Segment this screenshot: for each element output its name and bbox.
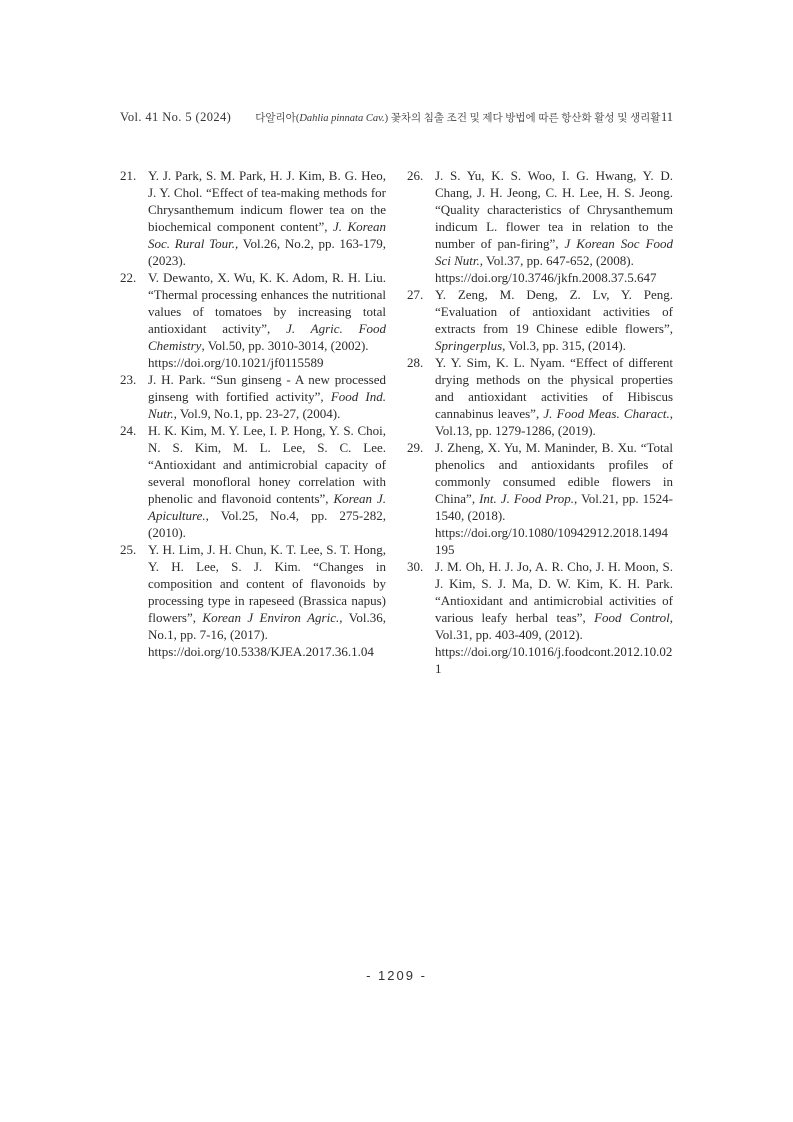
running-title-prefix: 다알리아( [255,113,299,124]
reference-item: 21.Y. J. Park, S. M. Park, H. J. Kim, B.… [120,167,386,269]
reference-item: 23.J. H. Park. “Sun ginseng - A new proc… [120,371,386,422]
references-column-right: 26.J. S. Yu, K. S. Woo, I. G. Hwang, Y. … [407,167,673,677]
reference-text-segment: , Vol.50, pp. 3010-3014, (2002). [201,338,368,353]
references-column-left: 21.Y. J. Park, S. M. Park, H. J. Kim, B.… [120,167,386,677]
reference-number: 23. [120,371,148,422]
reference-text: Y. Zeng, M. Deng, Z. Lv, Y. Peng. “Evalu… [435,286,673,354]
running-title-binomial: Dahlia pinnata Cav. [299,113,384,124]
header-page-number: 11 [661,110,673,125]
reference-number: 22. [120,269,148,371]
reference-number: 30. [407,558,435,677]
reference-text: J. H. Park. “Sun ginseng - A new process… [148,371,386,422]
reference-item: 29.J. Zheng, X. Yu, M. Maninder, B. Xu. … [407,439,673,558]
reference-number: 21. [120,167,148,269]
doi-text: https://doi.org/10.5338/KJEA.2017.36.1.0… [148,644,374,659]
journal-name: Springerplus [435,338,502,353]
reference-item: 26.J. S. Yu, K. S. Woo, I. G. Hwang, Y. … [407,167,673,286]
reference-item: 27.Y. Zeng, M. Deng, Z. Lv, Y. Peng. “Ev… [407,286,673,354]
reference-text-segment: Vol.37, pp. 647-652, (2008). [483,253,634,268]
reference-item: 25.Y. H. Lim, J. H. Chun, K. T. Lee, S. … [120,541,386,660]
page-header: Vol. 41 No. 5 (2024) 다알리아(Dahlia pinnata… [120,110,673,125]
reference-text: Y. J. Park, S. M. Park, H. J. Kim, B. G.… [148,167,386,269]
reference-text: J. S. Yu, K. S. Woo, I. G. Hwang, Y. D. … [435,167,673,286]
reference-text-segment: , Vol.3, pp. 315, (2014). [502,338,626,353]
running-title: 다알리아(Dahlia pinnata Cav.) 꽃차의 침출 조건 및 제다… [231,110,661,125]
paper-page: Vol. 41 No. 5 (2024) 다알리아(Dahlia pinnata… [0,0,793,1122]
reference-text: Y. H. Lim, J. H. Chun, K. T. Lee, S. T. … [148,541,386,660]
reference-number: 26. [407,167,435,286]
journal-name: Int. J. Food Prop., [479,491,577,506]
reference-text-segment: Y. Zeng, M. Deng, Z. Lv, Y. Peng. “Evalu… [435,287,673,336]
reference-item: 28.Y. Y. Sim, K. L. Nyam. “Effect of dif… [407,354,673,439]
journal-name: Korean J Environ Agric., [202,610,342,625]
reference-text: V. Dewanto, X. Wu, K. K. Adom, R. H. Liu… [148,269,386,371]
reference-item: 22.V. Dewanto, X. Wu, K. K. Adom, R. H. … [120,269,386,371]
volume-issue-label: Vol. 41 No. 5 (2024) [120,110,231,125]
reference-text-segment: Vol.13, pp. 1279-1286, (2019). [435,423,596,438]
reference-item: 30.J. M. Oh, H. J. Jo, A. R. Cho, J. H. … [407,558,673,677]
doi-text: https://doi.org/10.3746/jkfn.2008.37.5.6… [435,270,657,285]
reference-text: J. M. Oh, H. J. Jo, A. R. Cho, J. H. Moo… [435,558,673,677]
reference-number: 25. [120,541,148,660]
reference-number: 24. [120,422,148,541]
doi-text: https://doi.org/10.1080/10942912.2018.14… [435,525,668,557]
doi-text: https://doi.org/10.1016/j.foodcont.2012.… [435,644,672,676]
footer-page-label: - 1209 - [366,968,427,983]
reference-text: J. Zheng, X. Yu, M. Maninder, B. Xu. “To… [435,439,673,558]
references-section: 21.Y. J. Park, S. M. Park, H. J. Kim, B.… [120,167,673,677]
doi-text: https://doi.org/10.1021/jf0115589 [148,355,324,370]
reference-item: 24.H. K. Kim, M. Y. Lee, I. P. Hong, Y. … [120,422,386,541]
reference-text: H. K. Kim, M. Y. Lee, I. P. Hong, Y. S. … [148,422,386,541]
page-footer: - 1209 - [0,968,793,983]
reference-number: 29. [407,439,435,558]
reference-number: 27. [407,286,435,354]
reference-text: Y. Y. Sim, K. L. Nyam. “Effect of differ… [435,354,673,439]
running-title-suffix: ) 꽃차의 침출 조건 및 제다 방법에 따른 항산화 활성 및 생리활성 물질… [385,113,661,124]
reference-number: 28. [407,354,435,439]
journal-name: Food Control [594,610,670,625]
journal-name: J. Food Meas. Charact., [543,406,673,421]
reference-text-segment: Vol.9, No.1, pp. 23-27, (2004). [177,406,340,421]
